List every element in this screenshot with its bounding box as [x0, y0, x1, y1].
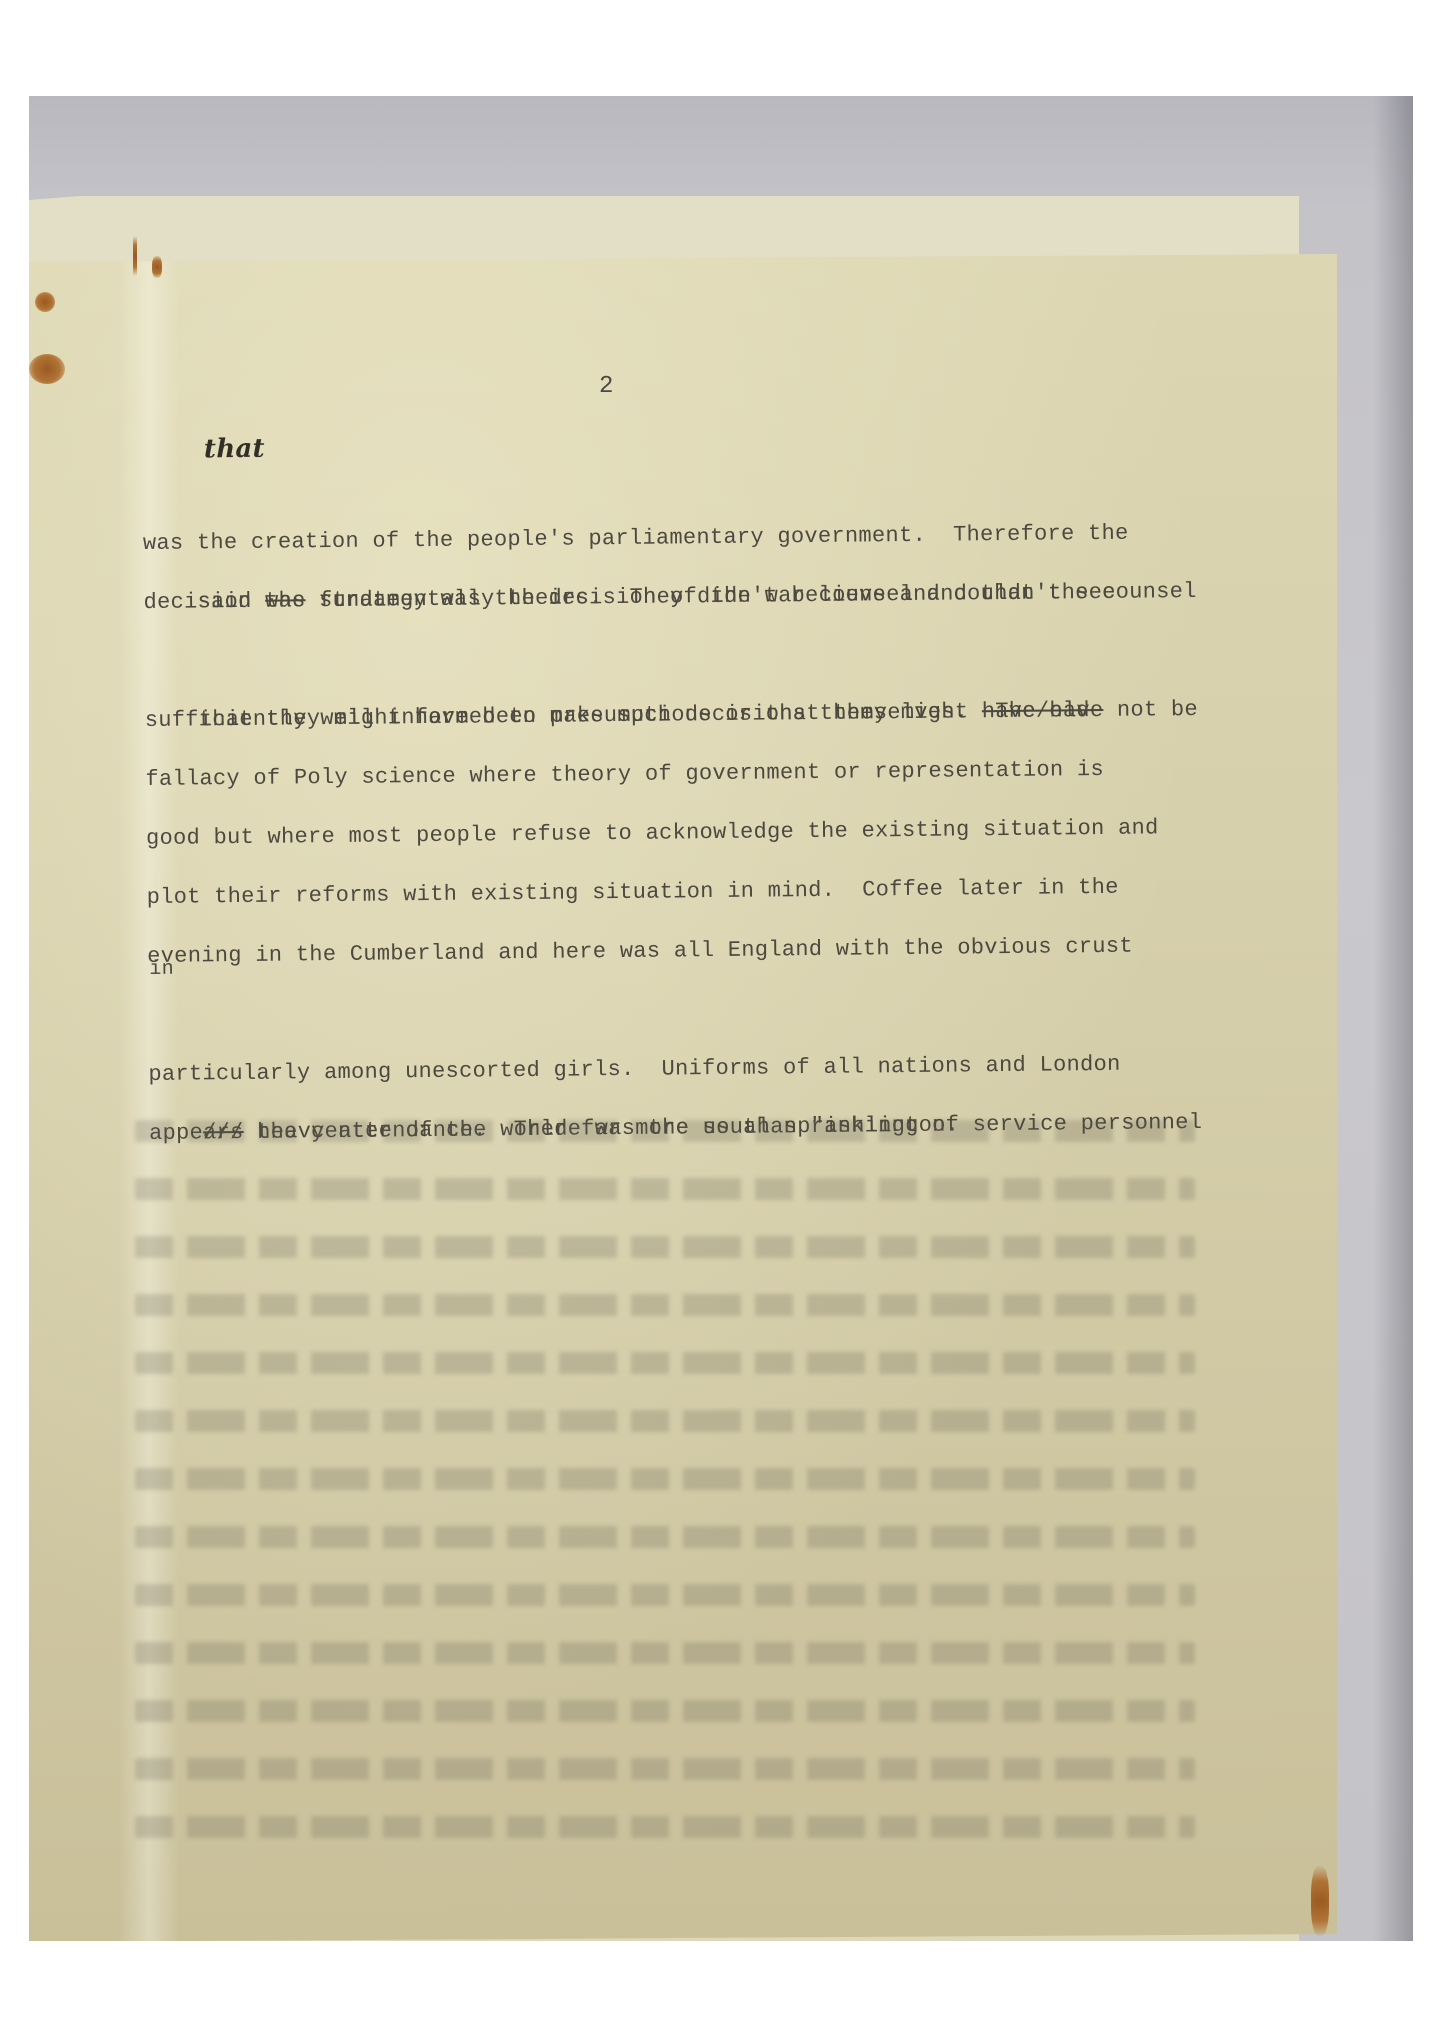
handwritten-correction: that	[204, 420, 266, 480]
typed-text-body: that said the strategy was the decision …	[142, 444, 1209, 1163]
text-line: was the creation of the people's parliam…	[143, 503, 1204, 573]
staple-mark	[152, 256, 162, 278]
text-line: particularly among unescorted girls. Uni…	[148, 1034, 1209, 1104]
shadow	[1373, 96, 1413, 1941]
text-line: evening in the Cumberland and here was a…	[147, 916, 1208, 986]
typed-insertion: in	[149, 960, 174, 980]
text-line: fallacy of Poly science where theory of …	[145, 739, 1206, 809]
text-line: in /// heavy attendance. There was the u…	[148, 975, 1209, 1045]
page-number: 2	[599, 373, 613, 400]
text-line: good but where most people refuse to ack…	[146, 798, 1207, 868]
rust-stain	[35, 292, 55, 312]
text-line: that they might have been presumptious o…	[144, 621, 1205, 691]
staple-mark	[133, 236, 137, 276]
text-line: sufficiently well informed to make such …	[144, 680, 1205, 750]
text-line: that said the strategy was the decision …	[142, 444, 1203, 514]
rust-stain	[29, 354, 65, 384]
text-line: plot their reforms with existing situati…	[146, 857, 1207, 927]
text-line: decision was fundamentally theirs. They …	[143, 562, 1204, 632]
bleed-through-text	[135, 1120, 1195, 1874]
rust-stain	[1311, 1866, 1329, 1936]
